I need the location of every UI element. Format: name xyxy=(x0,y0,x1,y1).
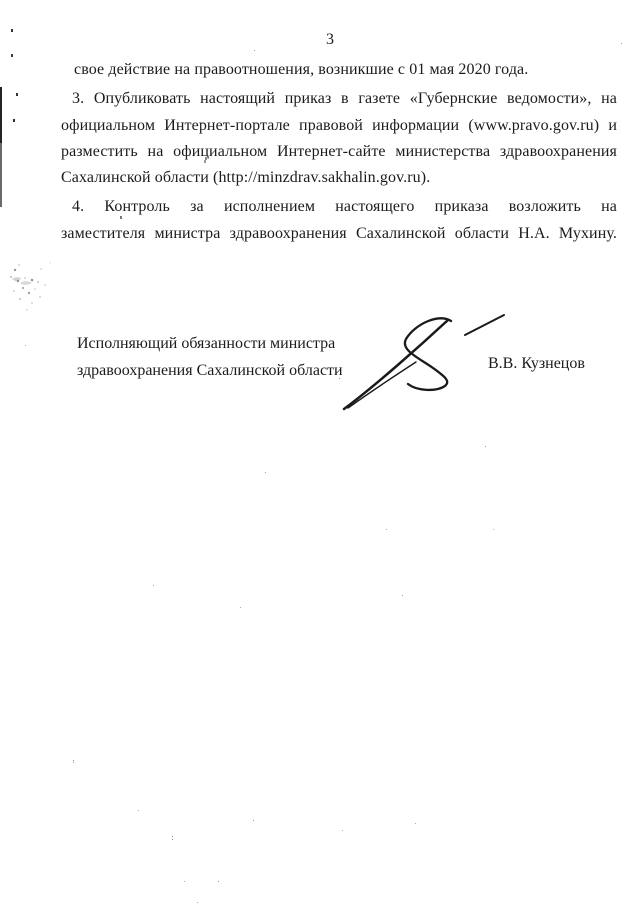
body-line: разместить на официальном Интернет-сайте… xyxy=(61,139,617,165)
signature-scribble-icon xyxy=(335,305,510,415)
signatory-title-line-1: Исполняющий обязанности министра xyxy=(77,331,367,358)
body-line: 3. Опубликовать настоящий приказ в газет… xyxy=(61,86,617,112)
body-line: Сахалинской области (http://minzdrav.sak… xyxy=(61,165,617,191)
scan-edge-artifact xyxy=(0,87,2,143)
scan-smudge xyxy=(5,255,60,317)
scanned-document-page: 3 свое действие на правоотношения, возни… xyxy=(0,0,640,905)
body-text: свое действие на правоотношения, возникш… xyxy=(61,57,617,247)
body-line: 4. Контроль за исполнением настоящего пр… xyxy=(61,194,617,220)
signatory-name: В.В. Кузнецов xyxy=(488,355,585,373)
body-line: заместителя министра здравоохранения Сах… xyxy=(61,221,617,247)
signatory-title-line-2: здравоохранения Сахалинской области xyxy=(77,358,367,385)
scan-noise-specks xyxy=(0,0,1,1)
body-line: свое действие на правоотношения, возникш… xyxy=(61,57,617,83)
page-number: 3 xyxy=(305,31,355,49)
signatory-title: Исполняющий обязанности министра здравоо… xyxy=(77,331,367,384)
body-line: официальном Интернет-портале правовой ин… xyxy=(61,113,617,139)
scan-edge-artifact xyxy=(0,143,2,207)
